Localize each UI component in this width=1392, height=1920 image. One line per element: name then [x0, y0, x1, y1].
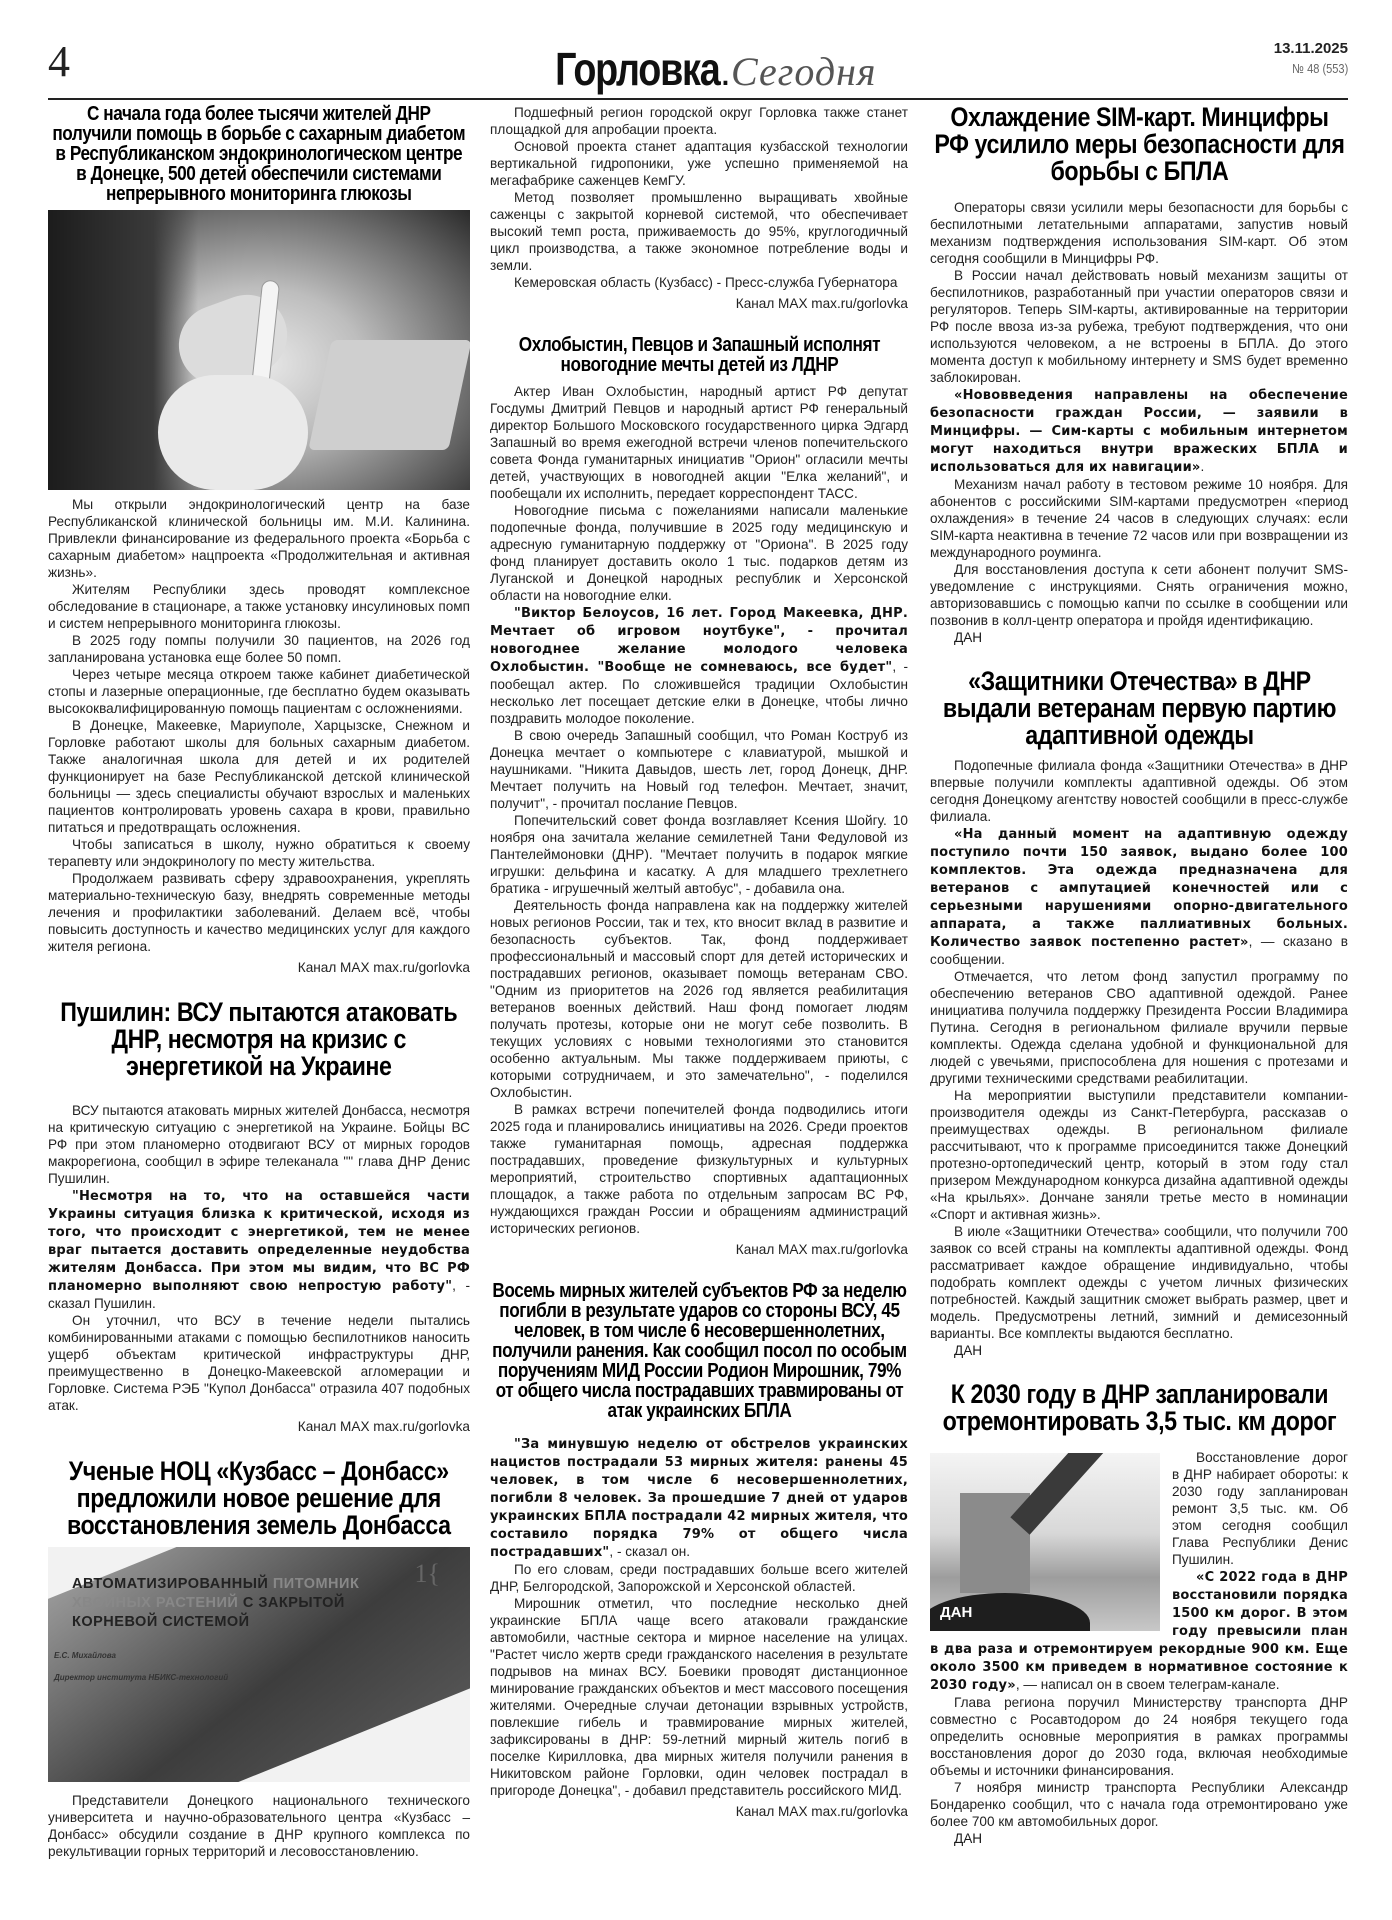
issue-date: 13.11.2025 — [1274, 40, 1348, 57]
article-sim: Охлаждение SIM-карт. Минцифры РФ усилило… — [930, 104, 1348, 646]
source-link[interactable]: Канал MAX max.ru/gorlovka — [48, 1418, 470, 1436]
article-body: Операторы связи усилили меры безопасност… — [930, 199, 1348, 629]
paragraph: В июле «Защитники Отечества» сообщили, ч… — [930, 1223, 1348, 1342]
quote-paragraph: "Несмотря на то, что на оставшейся части… — [48, 1187, 470, 1312]
paragraph: В свою очередь Запашный сообщил, что Ром… — [490, 727, 908, 812]
paragraph: В России начал действовать новый механиз… — [930, 267, 1348, 386]
source-link[interactable]: Канал MAX max.ru/gorlovka — [48, 959, 470, 977]
signature: ДАН — [930, 629, 1348, 646]
article-body: Подопечные филиала фонда «Защитники Отеч… — [930, 757, 1348, 1342]
source-link[interactable]: Канал MAX max.ru/gorlovka — [490, 295, 908, 313]
headline-diabetes: С начала года более тысячи жителей ДНР п… — [49, 104, 470, 204]
column-2: Подшефный регион городской округ Горловк… — [490, 104, 908, 1821]
headline-defenders: «Защитники Отечества» в ДНР выдали ветер… — [931, 668, 1348, 749]
quote: «На данный момент на адаптивную одежду п… — [930, 827, 1348, 950]
paragraph: Новогодние письма с пожеланиями написали… — [490, 502, 908, 604]
photo-glucose-sensor — [48, 210, 470, 490]
paragraph: Попечительский совет фонда возглавляет К… — [490, 812, 908, 897]
article-body: Мы открыли эндокринологический центр на … — [48, 496, 470, 955]
paragraph: Он уточнил, что ВСУ в течение недели пыт… — [48, 1312, 470, 1414]
paragraph: В 2025 году помпы получили 30 пациентов,… — [48, 632, 470, 666]
headline-sim: Охлаждение SIM-карт. Минцифры РФ усилило… — [931, 104, 1348, 185]
title-dot: . — [720, 50, 731, 94]
paragraph: Глава региона поручил Министерству транс… — [930, 1694, 1348, 1779]
slide-role: Директор института НБИКС-технологий — [54, 1673, 228, 1682]
masthead-rule — [48, 98, 1348, 100]
photo-nursery-slide: 1{ АВТОМАТИЗИРОВАННЫЙ ПИТОМНИК ХВОЙНЫХ Р… — [48, 1547, 470, 1782]
paragraph: Для восстановления доступа к сети абонен… — [930, 561, 1348, 629]
paragraph: Мирошник отметил, что последние нескольк… — [490, 1595, 908, 1799]
article-body: "За минувшую неделю от обстрелов украинс… — [490, 1435, 908, 1799]
article-roads: К 2030 году в ДНР запланировали отремонт… — [930, 1381, 1348, 1847]
paragraph: В рамках встречи попечителей фонда подво… — [490, 1101, 908, 1237]
article-orion: Охлобыстин, Певцов и Запашный исполнят н… — [490, 335, 908, 1259]
source-link[interactable]: Канал MAX max.ru/gorlovka — [490, 1241, 908, 1259]
headline-roads: К 2030 году в ДНР запланировали отремонт… — [931, 1381, 1348, 1435]
photo-road-machine: ДАН — [930, 1453, 1160, 1631]
masthead: 4 Горловка.Сегодня 13.11.2025 № 48 (553) — [48, 28, 1348, 98]
paragraph: 7 ноября министр транспорта Республики А… — [930, 1779, 1348, 1830]
paragraph: Подшефный регион городской округ Горловк… — [490, 104, 908, 138]
title-main: Горловка — [556, 42, 720, 96]
quote: "За минувшую неделю от обстрелов украинс… — [490, 1437, 908, 1560]
paragraph: Кемеровская область (Кузбасс) - Пресс-сл… — [490, 274, 908, 291]
paragraph: Через четыре месяца откроем также кабине… — [48, 666, 470, 717]
quote-paragraph: "Виктор Белоусов, 16 лет. Город Макеевка… — [490, 604, 908, 727]
slide-author: Е.С. Михайлова — [54, 1651, 116, 1660]
paragraph: Чтобы записаться в школу, нужно обратить… — [48, 836, 470, 870]
paragraph: Подопечные филиала фонда «Защитники Отеч… — [930, 757, 1348, 825]
headline-miroshnik: Восемь мирных жителей субъектов РФ за не… — [491, 1281, 908, 1421]
article-miroshnik: Восемь мирных жителей субъектов РФ за не… — [490, 1281, 908, 1821]
paragraph: Операторы связи усилили меры безопасност… — [930, 199, 1348, 267]
paragraph: Жителям Республики здесь проводят компле… — [48, 581, 470, 632]
paragraph: В Донецке, Макеевке, Мариуполе, Харцызск… — [48, 717, 470, 836]
article-body: Подшефный регион городской округ Горловк… — [490, 104, 908, 291]
headline-kuzbass: Ученые НОЦ «Кузбасс – Донбасс» предложил… — [49, 1458, 470, 1539]
article-body: ВСУ пытаются атаковать мирных жителей До… — [48, 1102, 470, 1414]
quote: «Нововведения направлены на обеспечение … — [930, 388, 1348, 475]
headline-pushilin: Пушилин: ВСУ пытаются атаковать ДНР, нес… — [49, 999, 470, 1080]
headline-orion: Охлобыстин, Певцов и Запашный исполнят н… — [491, 335, 908, 375]
university-logo-icon: 1{ — [415, 1559, 440, 1589]
article-body: Актер Иван Охлобыстин, народный артист Р… — [490, 383, 908, 1237]
paragraph: Метод позволяет промышленно выращивать х… — [490, 189, 908, 274]
quote-paragraph: «На данный момент на адаптивную одежду п… — [930, 825, 1348, 968]
signature: ДАН — [930, 1342, 1348, 1359]
paragraph: Деятельность фонда направлена как на под… — [490, 897, 908, 1101]
column-3: Охлаждение SIM-карт. Минцифры РФ усилило… — [930, 104, 1348, 1847]
article-diabetes: С начала года более тысячи жителей ДНР п… — [48, 104, 470, 977]
newspaper-title: Горловка.Сегодня — [48, 42, 1348, 96]
quote-paragraph: "За минувшую неделю от обстрелов украинс… — [490, 1435, 908, 1561]
watermark: ДАН — [940, 1604, 972, 1621]
paragraph: Актер Иван Охлобыстин, народный артист Р… — [490, 383, 908, 502]
article-defenders: «Защитники Отечества» в ДНР выдали ветер… — [930, 668, 1348, 1359]
slide-title: АВТОМАТИЗИРОВАННЫЙ ПИТОМНИК ХВОЙНЫХ РАСТ… — [72, 1575, 359, 1632]
quote: "Несмотря на то, что на оставшейся части… — [48, 1189, 470, 1294]
paragraph: На мероприятии выступили представители к… — [930, 1087, 1348, 1223]
issue-number: № 48 (553) — [1285, 61, 1348, 76]
paragraph: Отмечается, что летом фонд запустил прог… — [930, 968, 1348, 1087]
title-script: Сегодня — [731, 49, 876, 94]
paragraph: По его словам, среди пострадавших больше… — [490, 1561, 908, 1595]
article-kuzbass-continued: Подшефный регион городской округ Горловк… — [490, 104, 908, 313]
quote-paragraph: «Нововведения направлены на обеспечение … — [930, 386, 1348, 476]
paragraph: Мы открыли эндокринологический центр на … — [48, 496, 470, 581]
signature: ДАН — [930, 1830, 1348, 1847]
paragraph: Механизм начал работу в тестовом режиме … — [930, 476, 1348, 561]
paragraph: Продолжаем развивать сферу здравоохранен… — [48, 870, 470, 955]
article-body: ДАН Восстановление дорог в ДНР набирает … — [930, 1449, 1348, 1830]
article-pushilin: Пушилин: ВСУ пытаются атаковать ДНР, нес… — [48, 999, 470, 1436]
column-1: С начала года более тысячи жителей ДНР п… — [48, 104, 470, 1860]
quote: "Виктор Белоусов, 16 лет. Город Макеевка… — [490, 606, 908, 675]
paragraph: Основой проекта станет адаптация кузбасс… — [490, 138, 908, 189]
article-kuzbass: Ученые НОЦ «Кузбасс – Донбасс» предложил… — [48, 1458, 470, 1860]
paragraph: Представители Донецкого национального те… — [48, 1792, 470, 1860]
issue-info: 13.11.2025 № 48 (553) — [1274, 40, 1348, 76]
paragraph: ВСУ пытаются атаковать мирных жителей До… — [48, 1102, 470, 1187]
article-body: Представители Донецкого национального те… — [48, 1792, 470, 1860]
source-link[interactable]: Канал MAX max.ru/gorlovka — [490, 1803, 908, 1821]
